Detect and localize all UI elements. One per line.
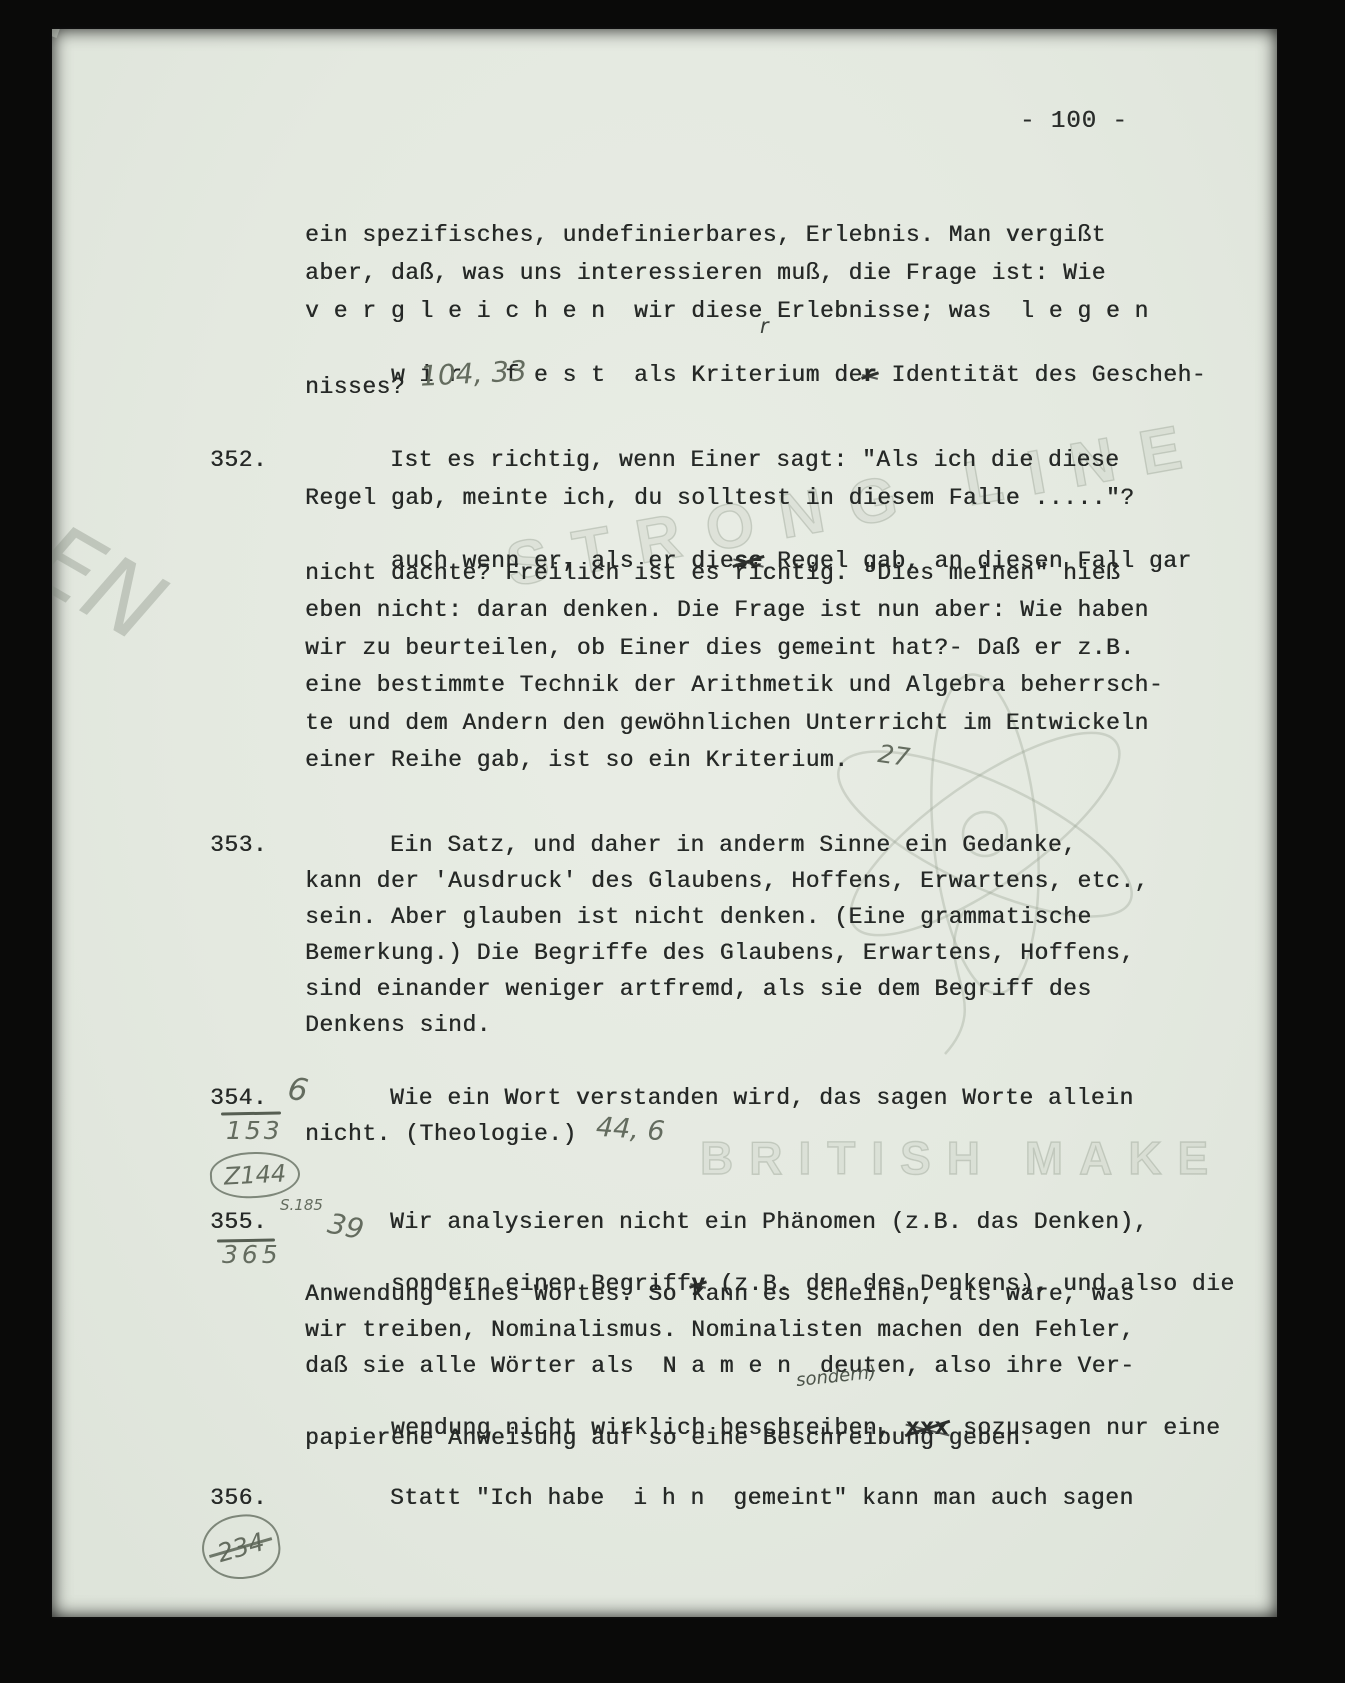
paper-sheet: STRONG LINE BRITISH MAKE EN - 100 - ein … <box>52 29 1277 1617</box>
typed-line: v e r g l e i c h e n wir diese Erlebnis… <box>305 298 1149 324</box>
paper-watermark-british-make: BRITISH MAKE <box>700 1131 1224 1185</box>
typed-line: nicht. (Theologie.) <box>305 1121 577 1147</box>
typed-line: sein. Aber glauben ist nicht denken. (Ei… <box>305 904 1092 930</box>
typed-line: Regel gab, meinte ich, du solltest in di… <box>305 485 1135 511</box>
scanned-typescript-page: STRONG LINE BRITISH MAKE EN - 100 - ein … <box>0 0 1345 1683</box>
typed-line: daß sie alle Wörter als N a m e n deuten… <box>305 1353 1135 1379</box>
handwritten-reference: 104, 33 <box>419 354 527 393</box>
remark-number-356: 356. <box>210 1485 267 1511</box>
typed-line: te und dem Andern den gewöhnlichen Unter… <box>305 710 1149 736</box>
handwritten-reference: 365 <box>222 1240 282 1269</box>
typed-line: papierene Anweisung auf so eine Beschrei… <box>305 1425 1034 1451</box>
typed-line: Denkens sind. <box>305 1012 491 1038</box>
typed-line: einer Reihe gab, ist so ein Kriterium. <box>305 747 849 773</box>
typed-line: Statt "Ich habe i h n gemeint" kann man … <box>390 1485 1134 1511</box>
typed-line: Ist es richtig, wenn Einer sagt: "Als ic… <box>390 447 1119 473</box>
remark-number-352: 352. <box>210 447 267 473</box>
typed-line: wir zu beurteilen, ob Einer dies gemeint… <box>305 635 1135 661</box>
handwritten-circled-reference: Z144 <box>209 1150 301 1201</box>
typed-line: Bemerkung.) Die Begriffe des Glaubens, E… <box>305 940 1135 966</box>
typed-line: ein spezifisches, undefinierbares, Erleb… <box>305 222 1106 248</box>
typed-line: aber, daß, was uns interessieren muß, di… <box>305 260 1106 286</box>
handwritten-reference: 153 <box>226 1116 283 1145</box>
page-number: - 100 - <box>1020 108 1128 135</box>
typed-line: Wir analysieren nicht ein Phänomen (z.B.… <box>390 1209 1148 1235</box>
remark-number-354: 354. <box>210 1085 267 1111</box>
struck-char: r <box>863 362 877 388</box>
typed-line: eben nicht: daran denken. Die Frage ist … <box>305 597 1149 623</box>
handwritten-correction-r: r <box>760 314 769 338</box>
remark-number-353: 353. <box>210 832 267 858</box>
scan-corner-artifact <box>52 29 65 38</box>
typed-line: nisses? <box>305 374 405 400</box>
typed-line: wir treiben, Nominalismus. Nominalisten … <box>305 1317 1135 1343</box>
typed-line: Anwendung eines Wortes. So kann es schei… <box>305 1281 1135 1307</box>
typed-line: nicht dachte? Freilich ist es richtig. "… <box>305 560 1120 586</box>
handwritten-circled-reference-struck: 234 <box>198 1510 284 1584</box>
handwritten-reference: 6 <box>285 1071 311 1110</box>
handwritten-reference: 27 <box>876 739 912 772</box>
typed-segment: Identität des Gescheh- <box>877 362 1206 388</box>
typed-line: sind einander weniger artfremd, als sie … <box>305 976 1092 1002</box>
typed-line: Wie ein Wort verstanden wird, das sagen … <box>390 1085 1134 1111</box>
margin-pencil-scribble: EN <box>52 504 182 665</box>
remark-number-355: 355. <box>210 1209 267 1235</box>
circled-reference-text: Z144 <box>223 1159 287 1190</box>
handwritten-reference: 44, 6 <box>595 1112 666 1148</box>
handwritten-reference: S.185 <box>280 1196 323 1214</box>
typed-line: Ein Satz, und daher in anderm Sinne ein … <box>390 832 1077 858</box>
handwritten-reference: 39 <box>325 1207 367 1247</box>
typed-line: kann der 'Ausdruck' des Glaubens, Hoffen… <box>305 868 1149 894</box>
handwritten-underline <box>221 1111 281 1115</box>
typed-line: eine bestimmte Technik der Arithmetik un… <box>305 672 1163 698</box>
